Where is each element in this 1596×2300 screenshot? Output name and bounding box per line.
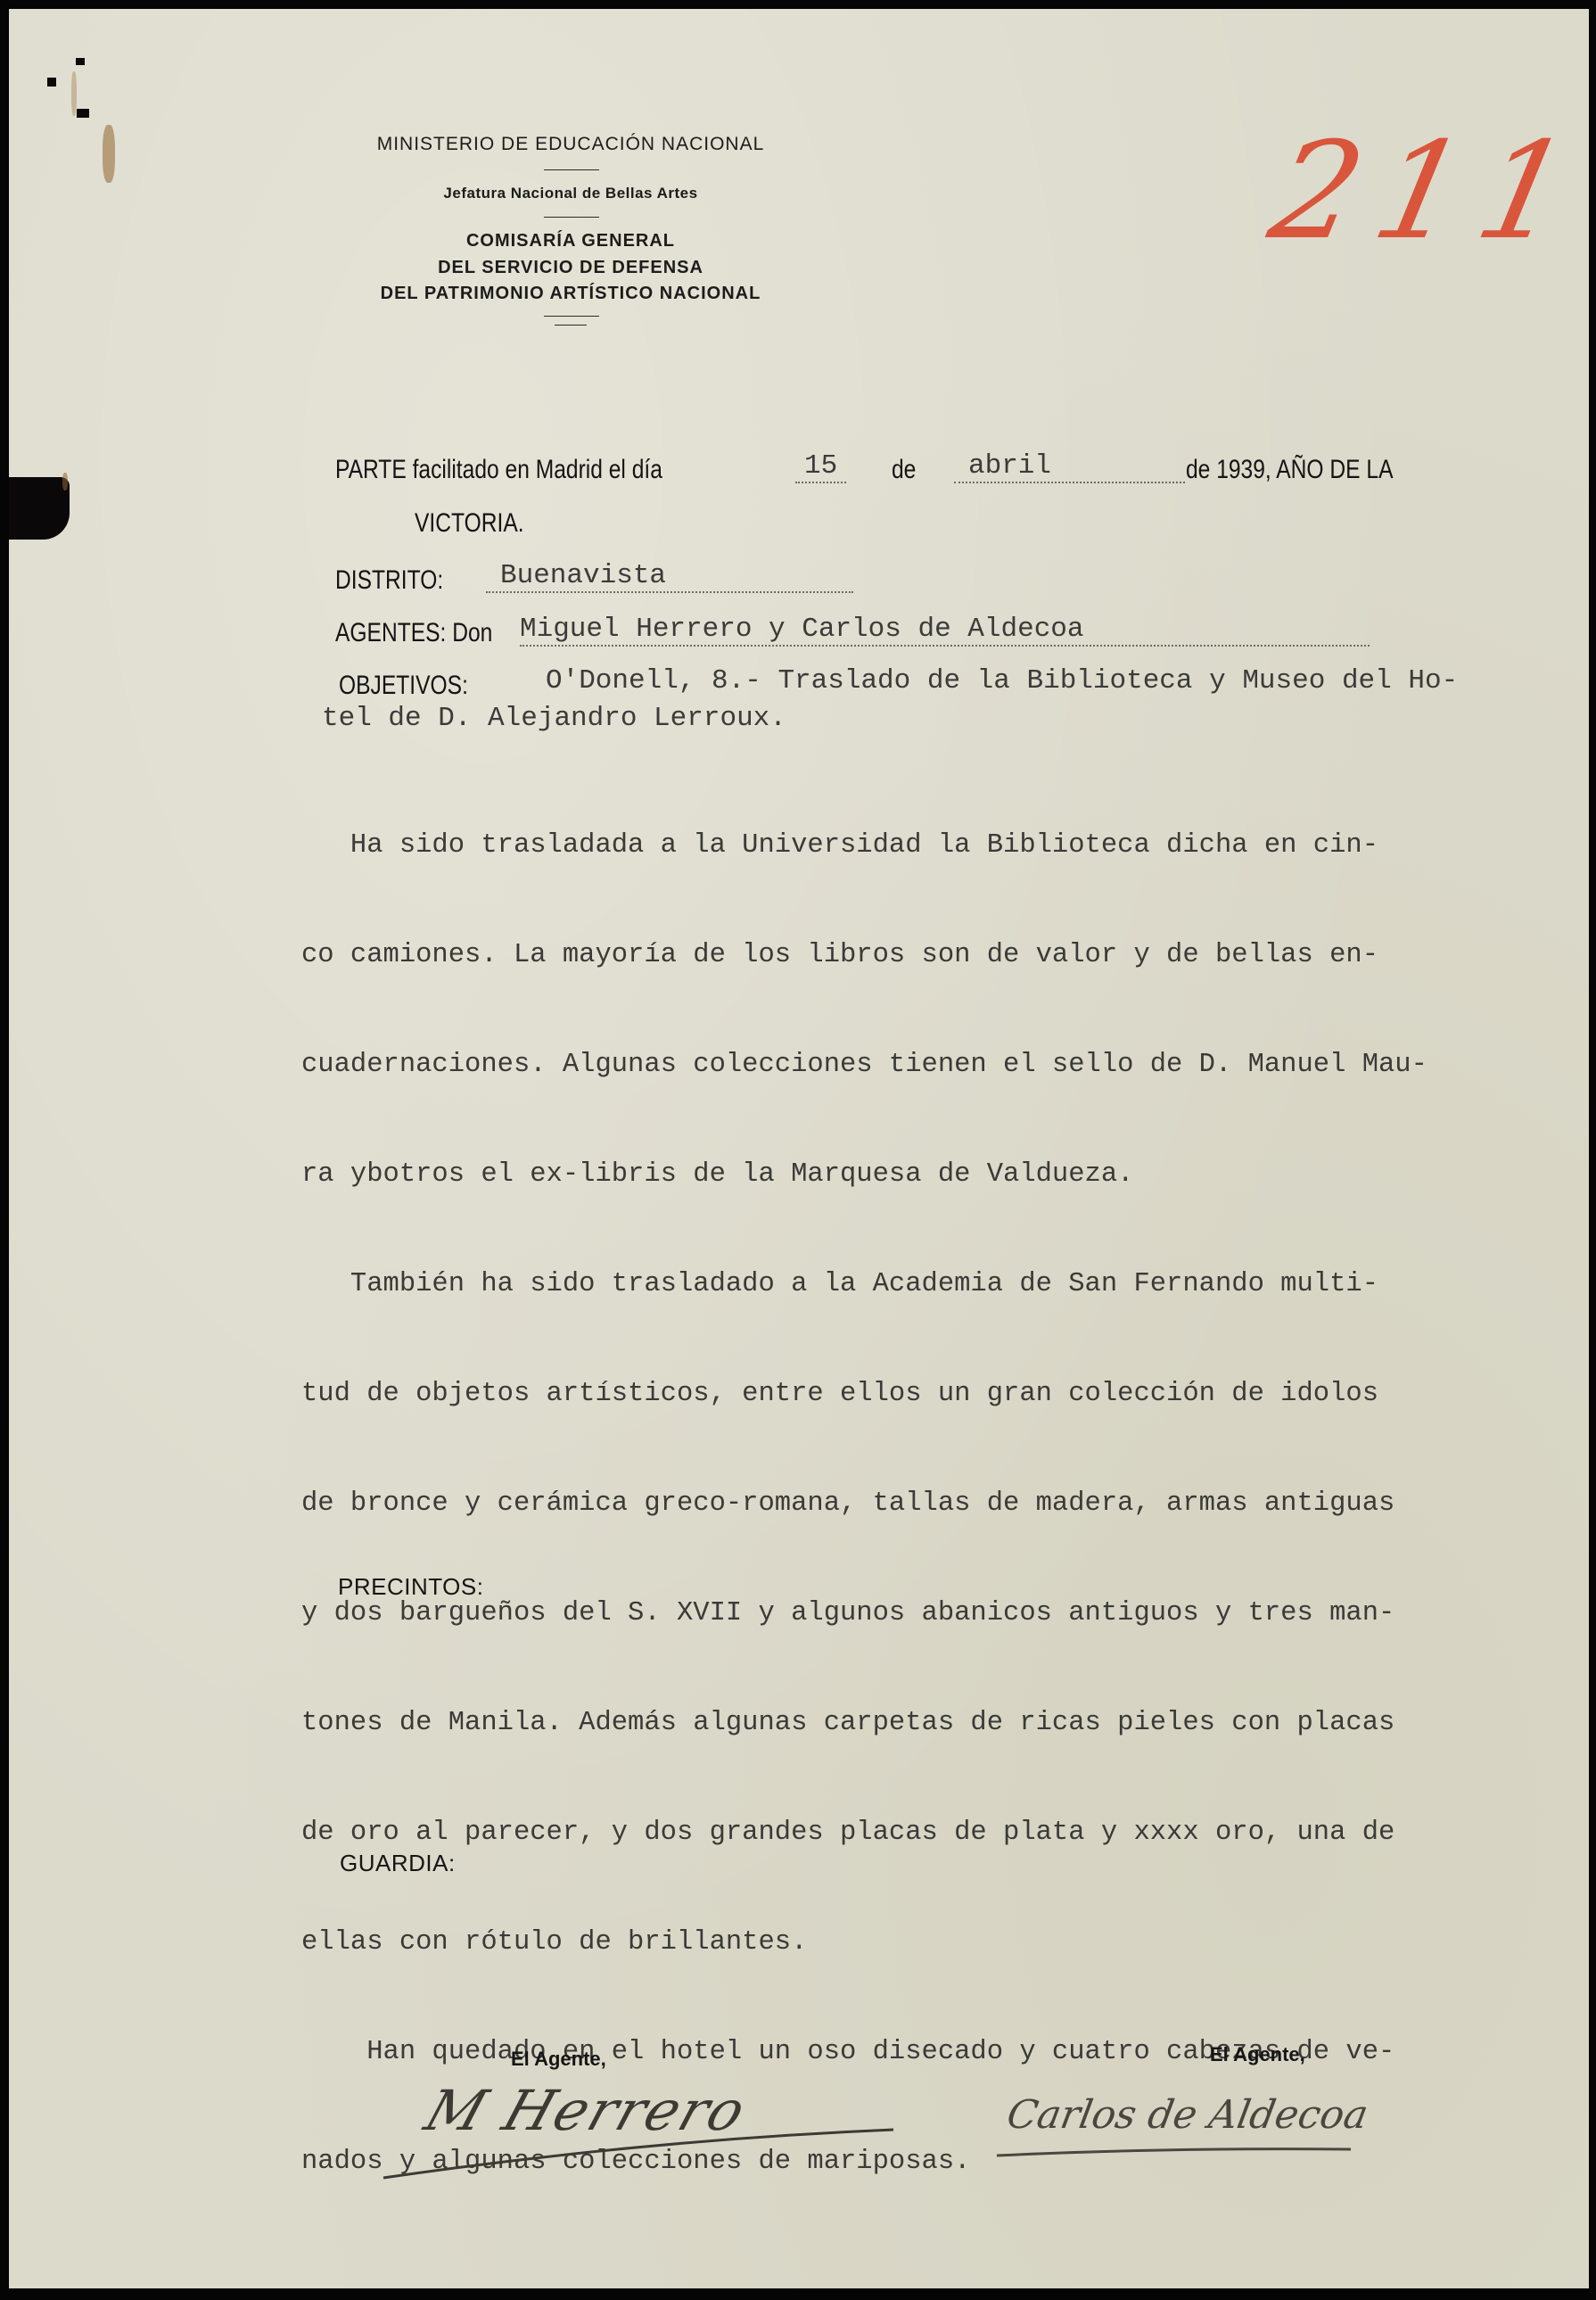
body-line: También ha sido trasladado a la Academia… xyxy=(301,1266,1567,1303)
body-line: Ha sido trasladada a la Universidad la B… xyxy=(301,828,1567,864)
body-line: y dos bargueños del S. XVII y algunos ab… xyxy=(301,1595,1567,1632)
parte-line: PARTE facilitado en Madrid el día xyxy=(335,455,662,485)
report-body: Ha sido trasladada a la Universidad la B… xyxy=(301,754,1567,2217)
letterhead-ministry: MINISTERIO DE EDUCACIÓN NACIONAL xyxy=(330,134,811,155)
day-value: 15 xyxy=(795,450,846,483)
torn-edge-damage xyxy=(9,477,70,540)
agentes-value: Miguel Herrero y Carlos de Aldecoa xyxy=(520,614,1370,647)
year-text-continued: VICTORIA. xyxy=(415,508,524,539)
letterhead-commission-1: COMISARÍA GENERAL xyxy=(330,231,811,251)
letterhead-rule xyxy=(544,316,599,317)
parte-prefix: PARTE xyxy=(335,455,407,484)
rust-stain xyxy=(62,473,68,491)
body-line: cuadernaciones. Algunas colecciones tien… xyxy=(301,1047,1567,1084)
guardia-label: GUARDIA: xyxy=(340,1850,456,1877)
body-line: ra ybotros el ex-libris de la Marquesa d… xyxy=(301,1157,1567,1193)
body-line: ellas con rótulo de brillantes. xyxy=(301,1925,1567,1961)
year-text: de 1939, AÑO DE LA xyxy=(1186,455,1393,485)
right-signature: Carlos de Aldecoa xyxy=(990,2087,1364,2167)
punch-hole xyxy=(77,109,89,118)
letterhead-commission-3: DEL PATRIMONIO ARTÍSTICO NACIONAL xyxy=(321,284,820,304)
de-label: de xyxy=(892,455,916,485)
rust-stain xyxy=(103,125,115,183)
rust-stain xyxy=(71,71,77,116)
agentes-label: AGENTES: Don xyxy=(335,618,492,648)
left-signature: M Herrero xyxy=(374,2078,909,2185)
body-line: tud de objetos artísticos, entre ellos u… xyxy=(301,1376,1567,1413)
month-value: abril xyxy=(954,450,1185,483)
right-agent-label: El Agente, xyxy=(1210,2043,1305,2066)
punch-hole xyxy=(47,78,56,87)
objetivos-label: OBJETIVOS: xyxy=(339,671,468,701)
distrito-field: Buenavista xyxy=(486,560,853,593)
distrito-value: Buenavista xyxy=(486,560,853,593)
body-line: co camiones. La mayoría de los libros so… xyxy=(301,937,1567,974)
precintos-label: PRECINTOS: xyxy=(338,1573,483,1601)
agentes-field: Miguel Herrero y Carlos de Aldecoa xyxy=(520,614,1370,647)
letterhead-department: Jefatura Nacional de Bellas Artes xyxy=(330,185,811,202)
day-field: 15 xyxy=(795,450,846,483)
objetivos-line-1: O'Donell, 8.- Traslado de la Biblioteca … xyxy=(546,665,1458,697)
body-line: de bronce y cerámica greco-romana, talla… xyxy=(301,1486,1567,1522)
body-line: de oro al parecer, y dos grandes placas … xyxy=(301,1815,1567,1851)
body-line: Han quedado en el hotel un oso disecado … xyxy=(301,2034,1567,2071)
month-field: abril xyxy=(954,450,1185,483)
objetivos-line-2: tel de D. Alejandro Lerroux. xyxy=(322,703,786,734)
signature-underline xyxy=(374,2078,909,2185)
letterhead-rule xyxy=(555,325,587,326)
folio-number: 211 xyxy=(1261,125,1596,259)
letterhead-rule xyxy=(544,217,599,218)
punch-hole xyxy=(76,58,85,65)
left-agent-label: El Agente, xyxy=(511,2048,606,2071)
letterhead-rule xyxy=(544,169,599,170)
letterhead-commission-2: DEL SERVICIO DE DEFENSA xyxy=(330,258,811,278)
signature-underline xyxy=(990,2087,1364,2167)
parte-text: facilitado en Madrid el día xyxy=(413,455,662,484)
body-line: tones de Manila. Además algunas carpetas… xyxy=(301,1705,1567,1742)
distrito-label: DISTRITO: xyxy=(335,565,443,596)
